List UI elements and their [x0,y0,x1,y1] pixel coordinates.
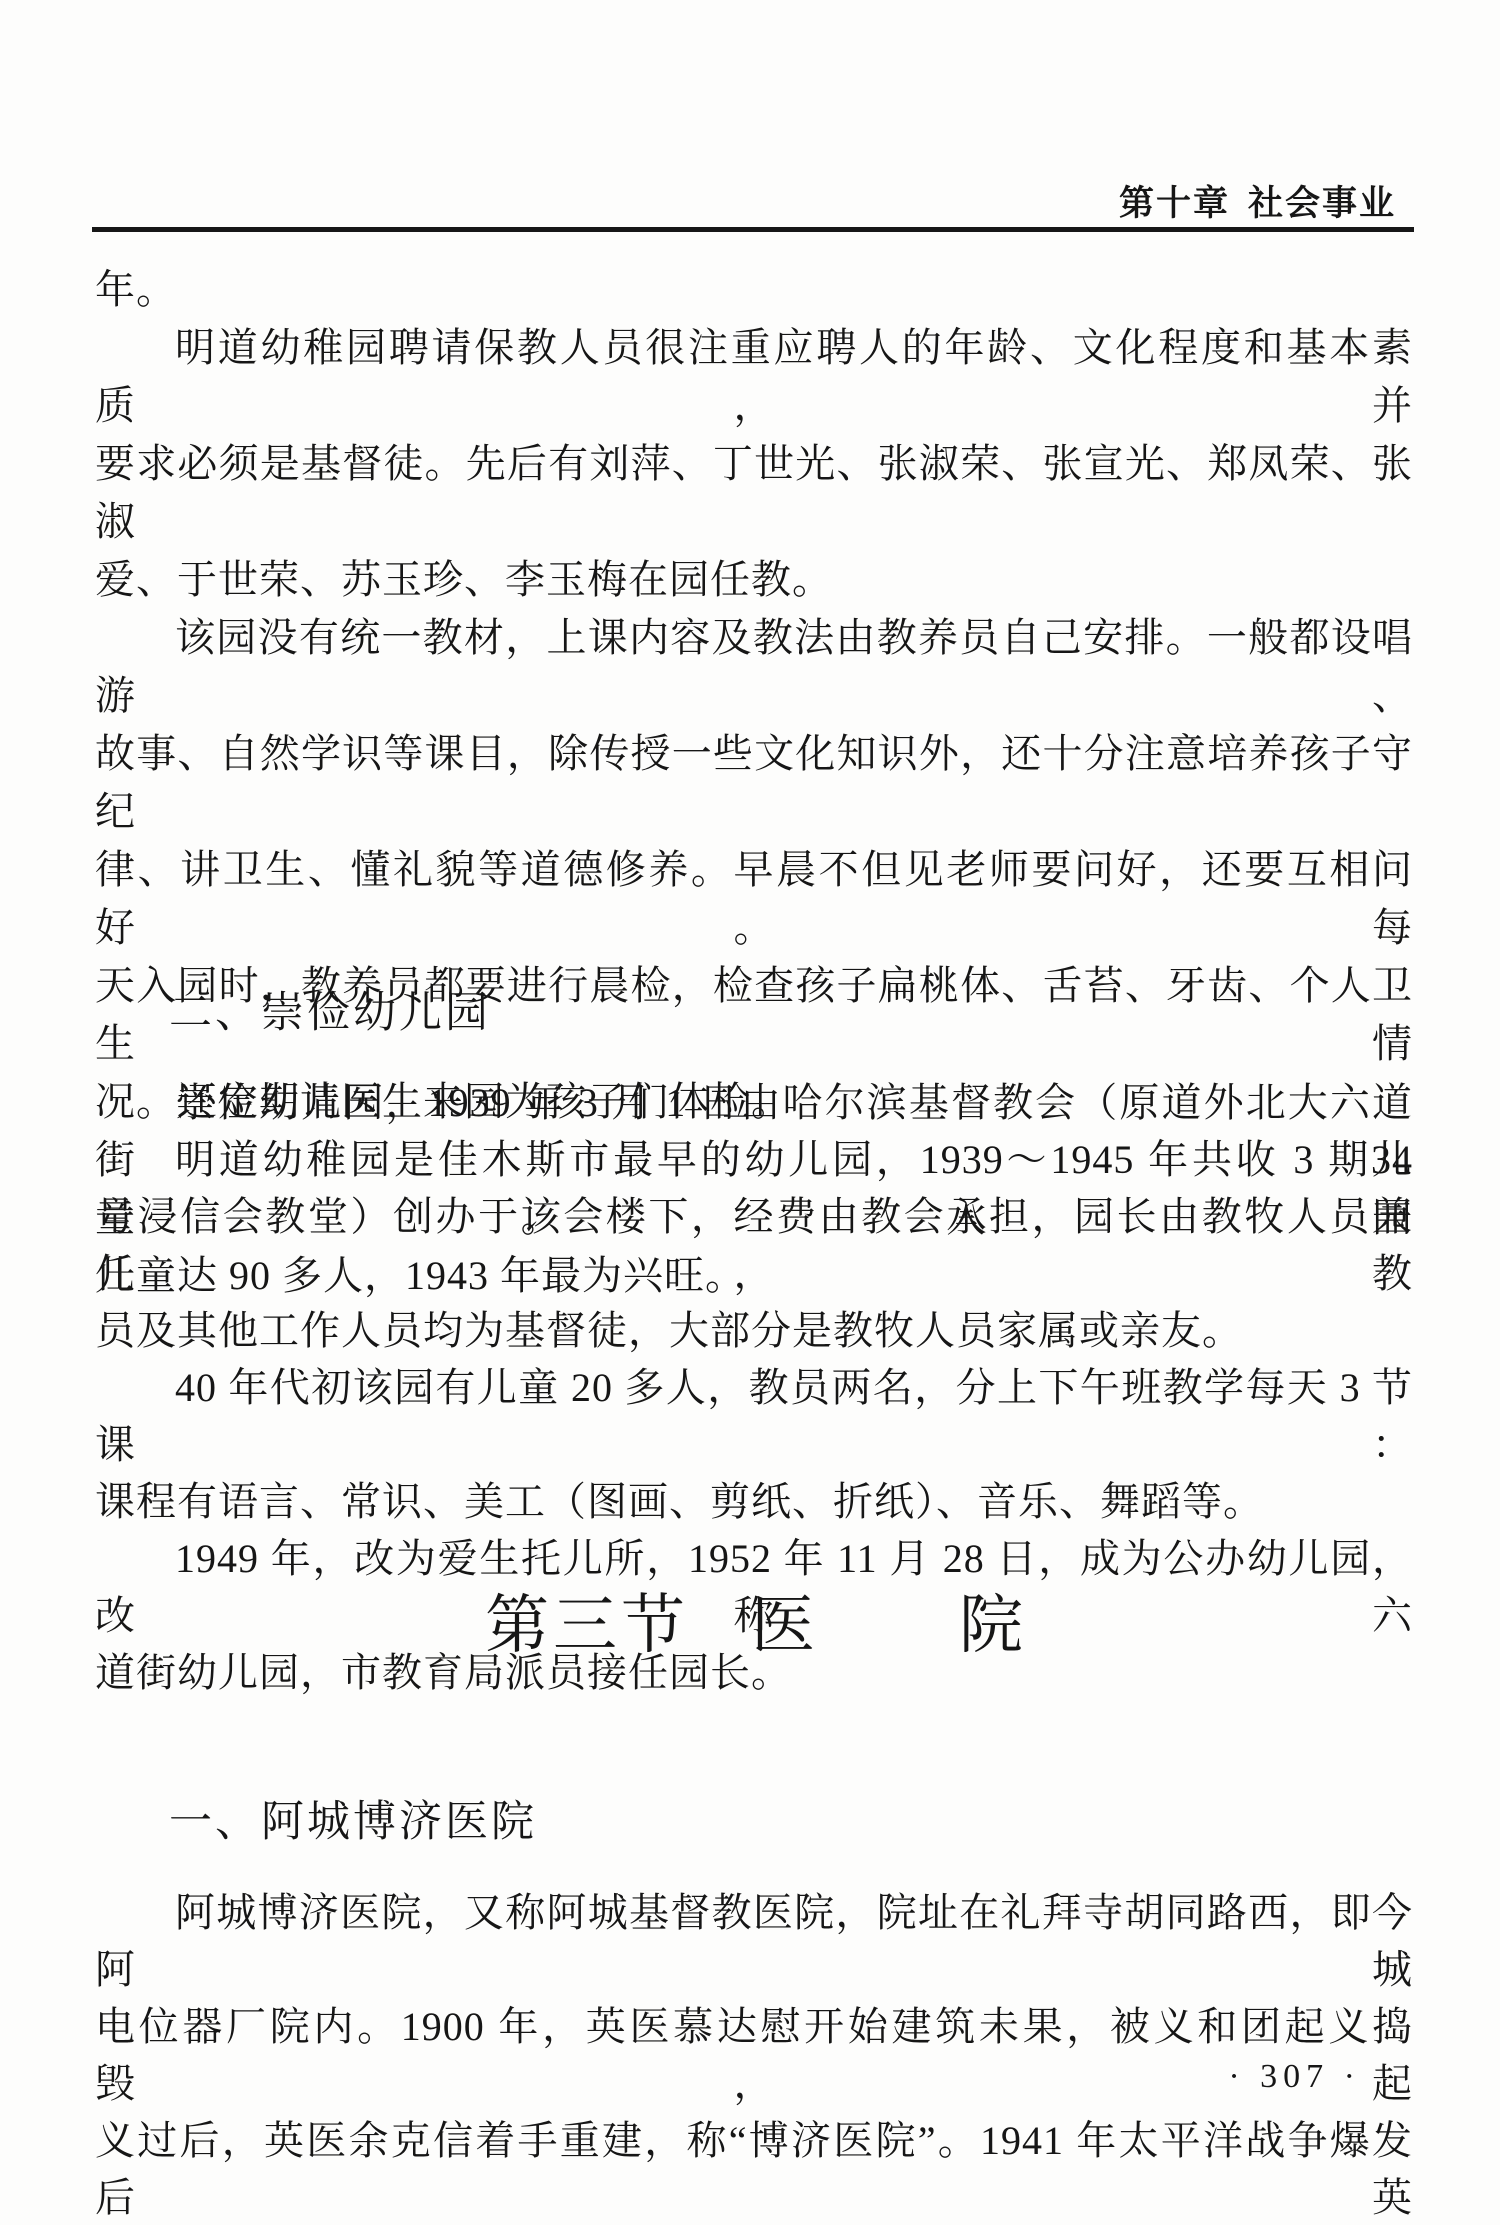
text-block-acheng: 阿城博济医院，又称阿城基督教医院，院址在礼拜寺胡同路西，即今阿城 电位器厂院内。… [95,1884,1413,2225]
text-line: 号浸信会教堂）创办于该会楼下，经费由教会承担，园长由教牧人员兼任，教 [95,1188,1413,1302]
text-line: 要求必须是基督徒。先后有刘萍、丁世光、张淑荣、张宣光、郑凤荣、张淑 [95,435,1413,551]
header-rule [92,227,1414,232]
subsection-heading-acheng: 一、阿城博济医院 [95,1797,1413,1849]
text-line: 义过后，英医余克信着手重建，称“博济医院”。1941 年太平洋战争爆发后英 [95,2112,1413,2225]
paragraph-mingdao-teaching: 该园没有统一教材，上课内容及教法由教养员自己安排。一般都设唱游、 故事、自然学识… [95,609,1413,1131]
text-line: 课程有语言、常识、美工（图画、剪纸、折纸）、音乐、舞蹈等。 [95,1473,1413,1530]
paragraph-acheng-intro: 阿城博济医院，又称阿城基督教医院，院址在礼拜寺胡同路西，即今阿城 电位器厂院内。… [95,1884,1413,2225]
section-title-char: 院 [959,1590,1023,1662]
chapter-number: 第十章 [1119,176,1230,226]
text-line: 崇俭幼儿园，1939 年 3 月 1 日由哈尔滨基督教会（原道外北大六道街 34 [95,1074,1413,1188]
section-number: 第三节 [485,1590,689,1662]
paragraph-continuation: 年。 [95,261,1413,319]
text-line: 明道幼稚园聘请保教人员很注重应聘人的年龄、文化程度和基本素质，并 [95,319,1413,435]
page-number: · 307 · [95,2058,1413,2096]
text-line: 年。 [95,261,1413,319]
text-line: 爱、于世荣、苏玉珍、李玉梅在园任教。 [95,551,1413,609]
section-title-char: 医 [751,1590,815,1662]
text-line: 员及其他工作人员均为基督徒，大部分是教牧人员家属或亲友。 [95,1302,1413,1359]
text-line: 该园没有统一教材，上课内容及教法由教养员自己安排。一般都设唱游、 [95,609,1413,725]
running-header: 第十章社会事业 [92,176,1414,226]
document-page: 第十章社会事业 年。 明道幼稚园聘请保教人员很注重应聘人的年龄、文化程度和基本素… [0,0,1500,2225]
text-line: 律、讲卫生、懂礼貌等道德修养。早晨不但见老师要问好，还要互相问好。每 [95,841,1413,957]
subsection-heading-chongjian: 二、崇俭幼儿园 [95,988,1413,1040]
paragraph-mingdao-staff: 明道幼稚园聘请保教人员很注重应聘人的年龄、文化程度和基本素质，并 要求必须是基督… [95,319,1413,609]
paragraph-chongjian-program: 40 年代初该园有儿童 20 多人，教员两名，分上下午班教学每天 3 节课： 课… [95,1359,1413,1530]
text-line: 阿城博济医院，又称阿城基督教医院，院址在礼拜寺胡同路西，即今阿城 [95,1884,1413,1998]
section-heading-hospital: 第三节 医 院 [95,1590,1413,1662]
chapter-title: 社会事业 [1248,176,1396,226]
text-line: 40 年代初该园有儿童 20 多人，教员两名，分上下午班教学每天 3 节课： [95,1359,1413,1473]
paragraph-chongjian-founding: 崇俭幼儿园，1939 年 3 月 1 日由哈尔滨基督教会（原道外北大六道街 34… [95,1074,1413,1359]
text-line: 故事、自然学识等课目，除传授一些文化知识外，还十分注意培养孩子守纪 [95,725,1413,841]
